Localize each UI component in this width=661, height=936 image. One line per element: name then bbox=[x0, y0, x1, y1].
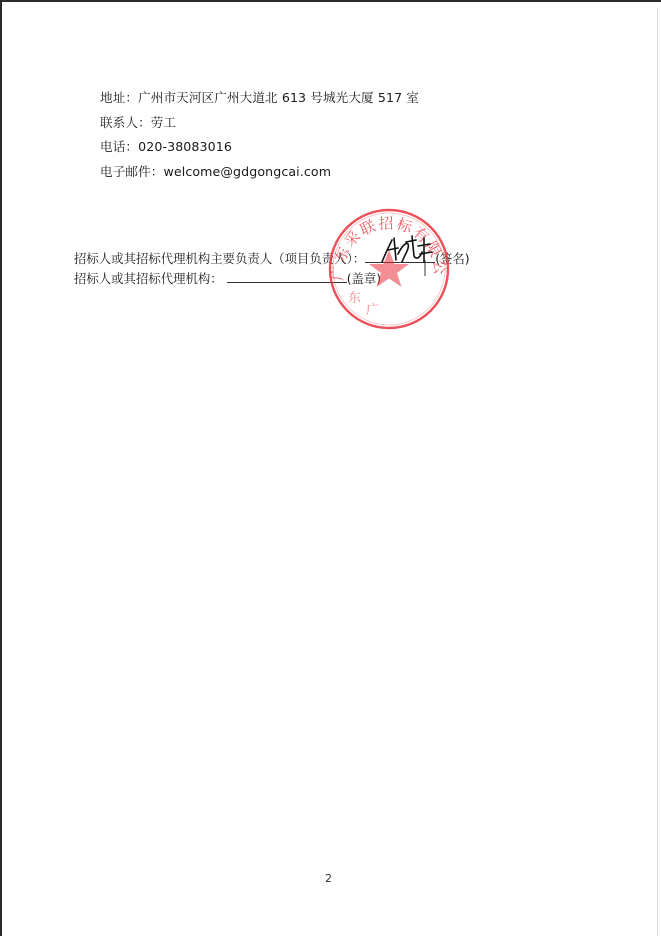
email-line: 电子邮件：welcome@gdgongcai.com bbox=[100, 160, 419, 185]
contact-person-line: 联系人：劳工 bbox=[100, 111, 419, 136]
organization-line: 招标人或其招标代理机构：(盖章) bbox=[74, 269, 470, 289]
contact-info: 地址：广州市天河区广州大道北 613 号城光大厦 517 室 联系人：劳工 电话… bbox=[100, 86, 419, 184]
signer-label: 招标人或其招标代理机构主要负责人（项目负责人）： bbox=[74, 251, 365, 266]
organization-label: 招标人或其招标代理机构： bbox=[74, 271, 223, 286]
address-label: 地址： bbox=[100, 90, 138, 105]
signer-suffix: (签名) bbox=[435, 251, 469, 266]
page-number: 2 bbox=[0, 872, 657, 885]
contact-person-label: 联系人： bbox=[100, 115, 151, 130]
phone-line: 电话：020-38083016 bbox=[100, 135, 419, 160]
seal-blank bbox=[227, 270, 347, 283]
signer-line: 招标人或其招标代理机构主要负责人（项目负责人）：(签名) bbox=[74, 249, 470, 269]
email-label: 电子邮件： bbox=[100, 164, 163, 179]
address-value: 广州市天河区广州大道北 613 号城光大厦 517 室 bbox=[138, 90, 419, 105]
phone-value: 020-38083016 bbox=[138, 139, 232, 154]
contact-person-value: 劳工 bbox=[151, 115, 176, 130]
organization-suffix: (盖章) bbox=[347, 271, 381, 286]
address-line: 地址：广州市天河区广州大道北 613 号城光大厦 517 室 bbox=[100, 86, 419, 111]
signature-blank bbox=[365, 250, 435, 263]
page-right-edge bbox=[657, 8, 658, 936]
signature-section: 招标人或其招标代理机构主要负责人（项目负责人）：(签名) 招标人或其招标代理机构… bbox=[74, 249, 470, 289]
email-value: welcome@gdgongcai.com bbox=[163, 164, 331, 179]
phone-label: 电话： bbox=[100, 139, 138, 154]
